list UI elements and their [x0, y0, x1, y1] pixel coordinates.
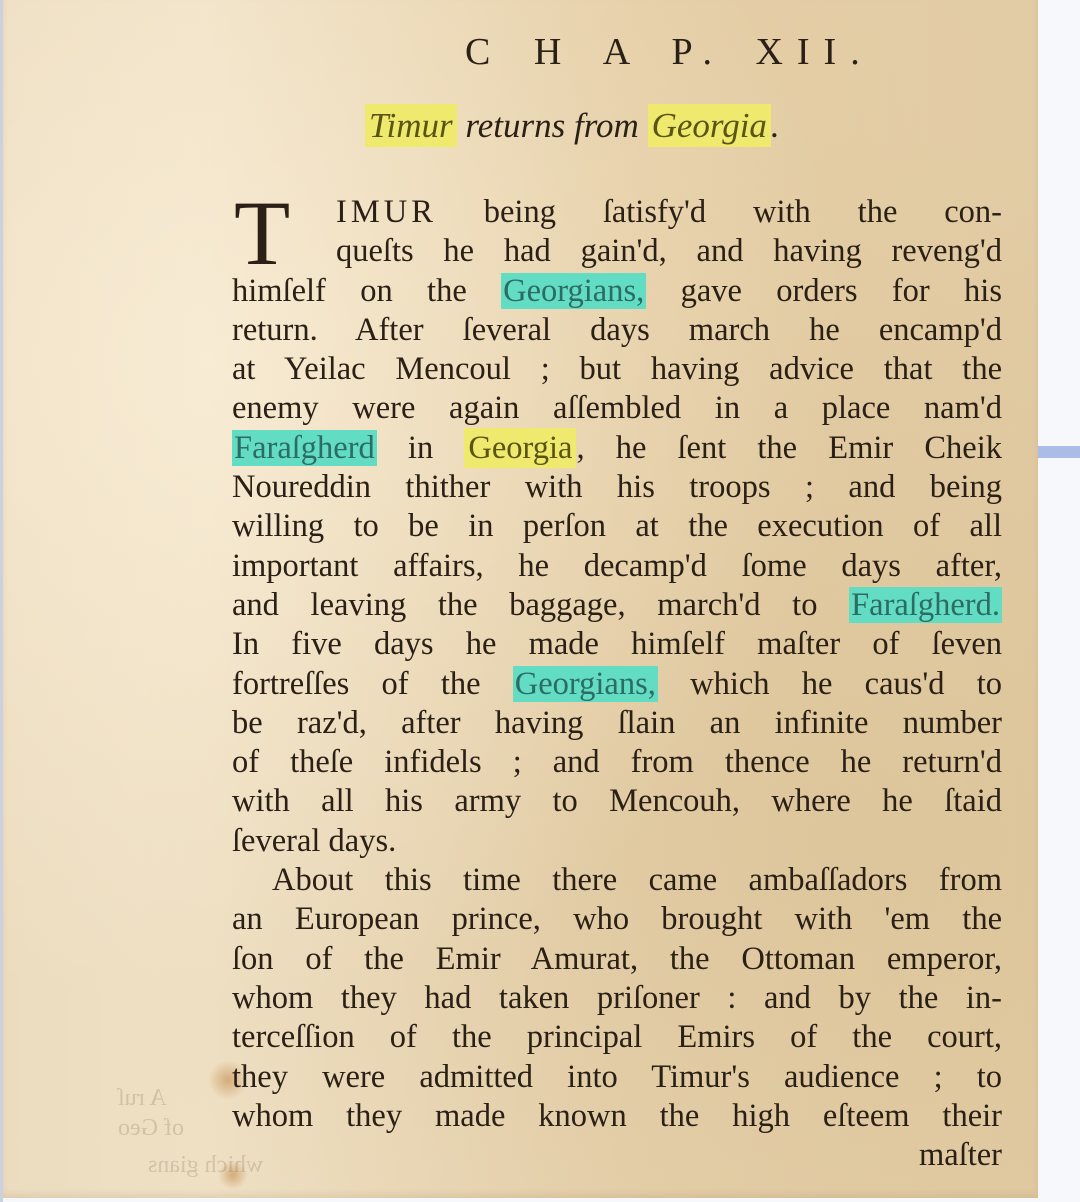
bleed-through-text: A ruſ — [118, 1085, 167, 1112]
text-run: fortreſſes of the — [232, 666, 513, 702]
highlight-teal[interactable]: Faraſgherd. — [849, 587, 1002, 623]
text-line: whom they had taken priſoner : and by th… — [232, 979, 1002, 1018]
body-text: IMUR being ſatisfy'd with the con-queſts… — [232, 193, 1002, 1175]
text-run: important affairs, he decamp'd ſome days… — [232, 548, 1002, 584]
text-line: Noureddin thither with his troops ; and … — [232, 468, 1002, 507]
text-line: important affairs, he decamp'd ſome days… — [232, 547, 1002, 586]
text-line: at Yeilac Mencoul ; but having advice th… — [232, 350, 1002, 389]
highlight-yellow[interactable]: Georgia — [464, 428, 576, 468]
highlight-yellow[interactable]: Georgia — [648, 104, 771, 147]
bleed-through-text: of Geo — [118, 1115, 184, 1142]
text-line: an European prince, who brought with 'em… — [232, 900, 1002, 939]
highlight-teal[interactable]: Georgians, — [513, 666, 658, 702]
text-run: in — [377, 430, 465, 466]
text-run: with all his army to Mencouh, where he ſ… — [232, 783, 1002, 819]
text-run: enemy were again aſſembled in a place na… — [232, 390, 1002, 426]
text-run: gave orders for his — [646, 273, 1002, 309]
text-line: In five days he made himſelf maſter of ſ… — [232, 625, 1002, 664]
text-line: terceſſion of the principal Emirs of the… — [232, 1018, 1002, 1057]
text-line: willing to be in perſon at the execution… — [232, 507, 1002, 546]
text-run: of theſe infidels ; and from thence he r… — [232, 744, 1002, 780]
text-line: return. After ſeveral days march he enca… — [232, 311, 1002, 350]
text-line: About this time there came ambaſſadors f… — [232, 861, 1002, 900]
subtitle-text: returns from — [457, 106, 648, 145]
text-line: and leaving the baggage, march'd to Fara… — [232, 586, 1002, 625]
chapter-subtitle: Timur returns from Georgia. — [365, 106, 780, 146]
text-run: himſelf on the — [232, 273, 501, 309]
text-line: they were admitted into Timur's audience… — [232, 1058, 1002, 1097]
text-run: be raz'd, after having ſlain an infinite… — [232, 705, 1002, 741]
text-line: ſeveral days. — [232, 822, 1002, 861]
scroll-indicator[interactable] — [1038, 446, 1080, 458]
text-run: being ſatisfy'd with the con- — [437, 194, 1002, 230]
text-line: be raz'd, after having ſlain an infinite… — [232, 704, 1002, 743]
text-run: which he caus'd to — [658, 666, 1002, 702]
highlight-teal[interactable]: Georgians, — [501, 273, 646, 309]
text-run: In five days he made himſelf maſter of ſ… — [232, 626, 1002, 662]
text-line: enemy were again aſſembled in a place na… — [232, 389, 1002, 428]
text-run: queſts he had gain'd, and having reveng'… — [336, 233, 1002, 269]
paragraph-2: About this time there came ambaſſadors f… — [232, 861, 1002, 1175]
text-run: ſeveral days. — [232, 823, 396, 859]
text-run: willing to be in perſon at the execution… — [232, 508, 1002, 544]
text-run: IMUR — [336, 194, 437, 230]
highlight-yellow[interactable]: Timur — [365, 104, 457, 147]
text-line: ſon of the Emir Amurat, the Ottoman empe… — [232, 940, 1002, 979]
text-run: return. After ſeveral days march he enca… — [232, 312, 1002, 348]
text-line: IMUR being ſatisfy'd with the con- — [232, 193, 1002, 232]
text-run: Noureddin thither with his troops ; and … — [232, 469, 1002, 505]
text-line: queſts he had gain'd, and having reveng'… — [232, 232, 1002, 271]
subtitle-period: . — [771, 106, 780, 145]
text-line: whom they made known the high eſteem the… — [232, 1097, 1002, 1136]
text-run: and leaving the baggage, march'd to — [232, 587, 849, 623]
text-line: of theſe infidels ; and from thence he r… — [232, 743, 1002, 782]
catchword: maſter — [232, 1136, 1002, 1175]
text-line: Faraſgherd in Georgia, he ſent the Emir … — [232, 429, 1002, 468]
text-line: fortreſſes of the Georgians, which he ca… — [232, 665, 1002, 704]
chapter-heading: C H A P. XII. — [465, 30, 874, 74]
text-line: himſelf on the Georgians, gave orders fo… — [232, 272, 1002, 311]
paragraph-1: IMUR being ſatisfy'd with the con-queſts… — [232, 193, 1002, 861]
text-run: at Yeilac Mencoul ; but having advice th… — [232, 351, 1002, 387]
text-run: , he ſent the Emir Cheik — [576, 430, 1002, 466]
text-line: with all his army to Mencouh, where he ſ… — [232, 782, 1002, 821]
highlight-teal[interactable]: Faraſgherd — [232, 430, 377, 466]
